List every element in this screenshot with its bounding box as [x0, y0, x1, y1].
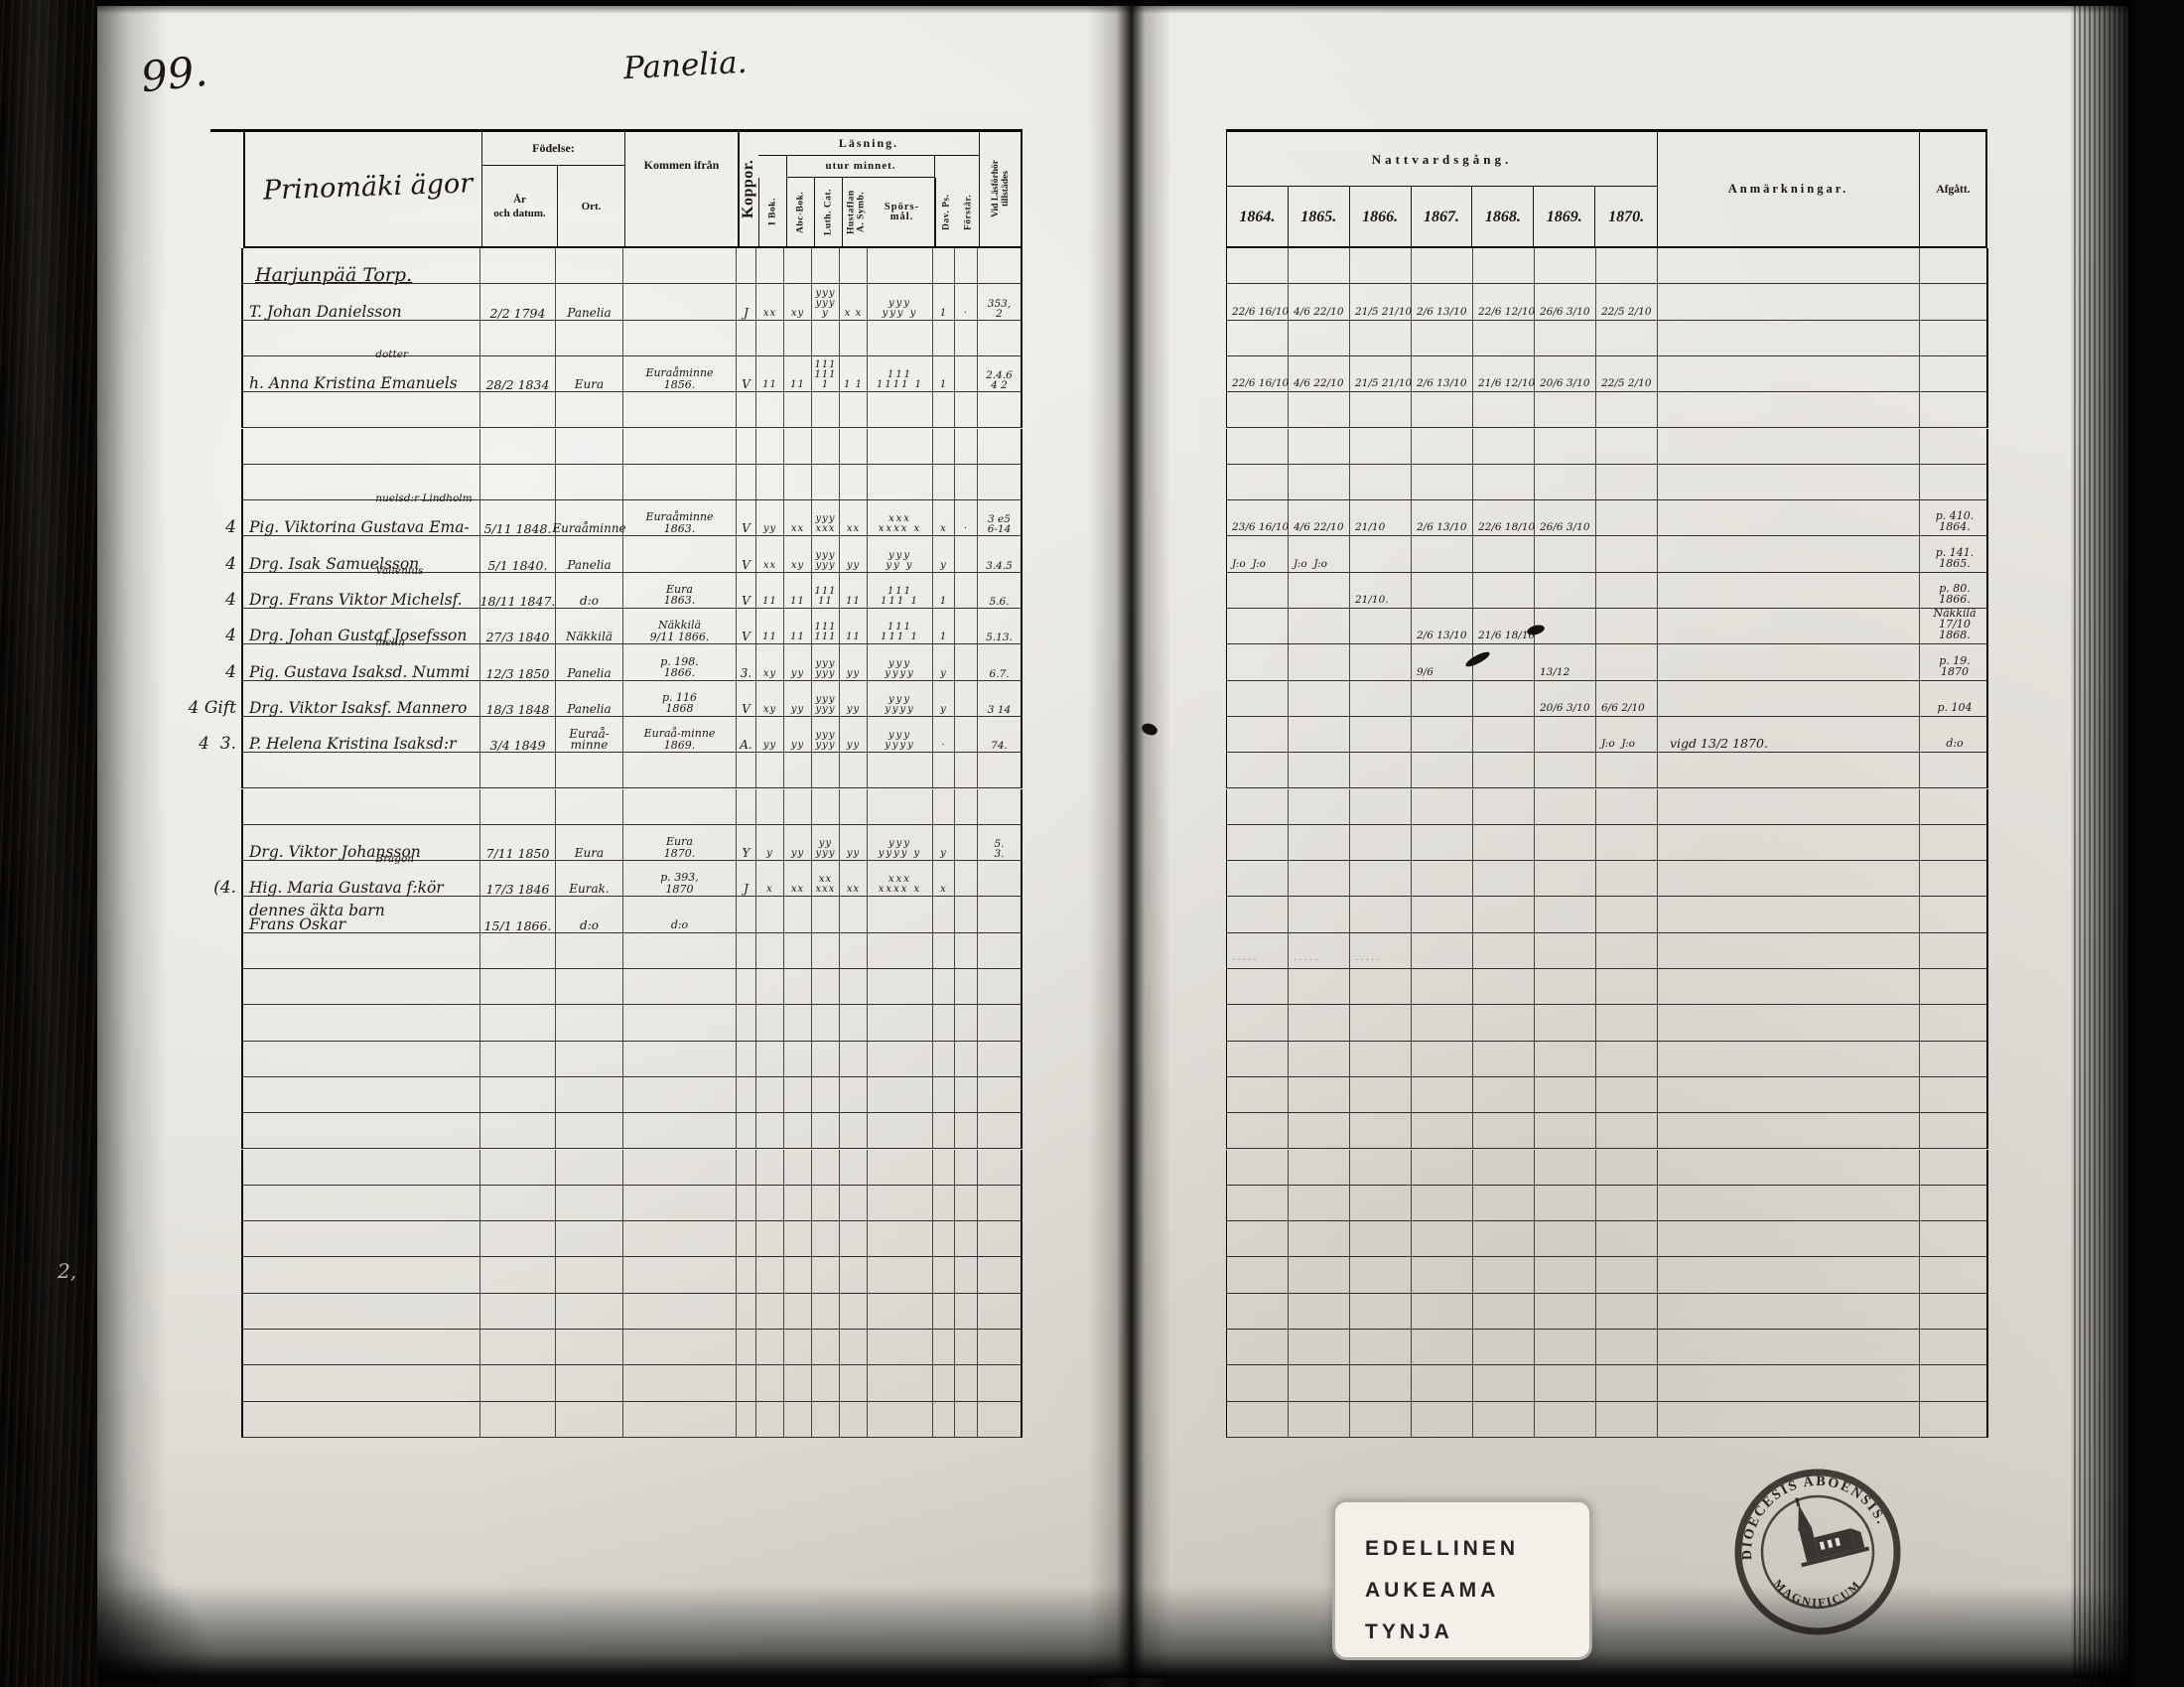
cell-y0: [1227, 1330, 1289, 1365]
person-name: Pig. Viktorina Gustava Ema-: [249, 520, 470, 534]
cell-abc: [784, 1402, 812, 1438]
cell-hust: [840, 465, 868, 500]
cell-y2: [1350, 861, 1412, 897]
person-name: Drg. Johan Gustaf Josefsson: [249, 629, 467, 642]
cell-luth: [812, 753, 840, 788]
table-row: [1226, 1186, 1988, 1221]
psalms-header: Dav. Ps.: [935, 178, 957, 246]
cell-born: [480, 1294, 556, 1330]
cell-forst: [955, 1221, 978, 1257]
cell-y3: [1412, 1042, 1473, 1077]
cell-luth: yyy yyy: [812, 536, 840, 572]
cell-y2: [1350, 969, 1412, 1005]
cell-forst: [955, 681, 978, 717]
cell-y1: [1289, 1113, 1350, 1149]
cell-dav: [933, 1042, 955, 1077]
cell-ort: Eura: [556, 825, 623, 861]
table-row: [149, 1330, 1023, 1365]
cell-y5: [1535, 1042, 1596, 1077]
cell-y4: [1473, 861, 1535, 897]
cell-y6: [1596, 573, 1658, 609]
cell-y1: [1289, 717, 1350, 753]
person-name: h. Anna Kristina Emanuels: [249, 376, 458, 390]
cell-y6: [1596, 933, 1658, 969]
cell-y3: [1412, 248, 1473, 284]
cell-kommen: [623, 1257, 737, 1293]
cell-m: [149, 1042, 243, 1077]
table-row: [149, 789, 1023, 825]
cell-afgatt: [1920, 284, 1988, 320]
cell-born: [480, 392, 556, 428]
cell-spors: [868, 1077, 933, 1113]
cell-hust: [840, 429, 868, 465]
cell-y5: [1535, 465, 1596, 500]
cell-forst: [955, 1402, 978, 1438]
cell-y5: [1535, 1113, 1596, 1149]
cell-hust: [840, 969, 868, 1005]
cell-y6: [1596, 429, 1658, 465]
year-header: 1870.: [1595, 187, 1657, 247]
cell-kommen: Eura 1863.: [623, 573, 737, 609]
cell-name: [243, 1186, 480, 1221]
abc-book-header: Abc-Bok.: [786, 178, 814, 246]
cell-anm: [1658, 1365, 1920, 1401]
cell-forst: [955, 1113, 978, 1149]
cell-y4: [1473, 1330, 1535, 1365]
cell-dav: [933, 1113, 955, 1149]
cell-forst: [955, 1150, 978, 1186]
cell-spors: [868, 248, 933, 284]
cell-y6: [1596, 1365, 1658, 1401]
cell-y4: [1473, 429, 1535, 465]
cell-vidlas: [978, 1330, 1023, 1365]
cell-hust: [840, 1330, 868, 1365]
cell-name: [243, 1077, 480, 1113]
cell-y3: [1412, 1402, 1473, 1438]
cell-hust: [840, 321, 868, 356]
cell-y4: [1473, 1042, 1535, 1077]
cell-anm: [1658, 681, 1920, 717]
table-row: [1226, 789, 1988, 825]
cell-anm: [1658, 1221, 1920, 1257]
cell-forst: [955, 429, 978, 465]
cell-y3: 2/6 13/10: [1412, 609, 1473, 644]
cell-koppor: [737, 429, 756, 465]
cell-forst: ·: [955, 500, 978, 536]
cell-born: 28/2 1834: [480, 356, 556, 392]
cell-y0: [1227, 1257, 1289, 1293]
cell-afgatt: Näkkilä 17/10 1868.: [1920, 609, 1988, 644]
cell-ibok: xx: [756, 536, 784, 572]
cell-y5: [1535, 248, 1596, 284]
cell-afgatt: [1920, 356, 1988, 392]
cell-kommen: [623, 284, 737, 320]
cell-born: [480, 1042, 556, 1077]
cell-luth: [812, 321, 840, 356]
cell-spors: [868, 969, 933, 1005]
cell-hust: [840, 1042, 868, 1077]
cell-koppor: [737, 897, 756, 932]
name-superscript: nuelsd:r Lindholm: [375, 492, 472, 505]
table-row: [1226, 429, 1988, 465]
cell-y4: [1473, 644, 1535, 680]
cell-y1: [1289, 1221, 1350, 1257]
cell-dav: [933, 1330, 955, 1365]
table-row: [1226, 1005, 1988, 1041]
cell-spors: 111 111 1: [868, 609, 933, 644]
cell-forst: [955, 789, 978, 825]
label-line: EDELLINEN: [1365, 1528, 1589, 1570]
cell-y4: [1473, 536, 1535, 572]
cell-born: [480, 1005, 556, 1041]
year-header: 1865.: [1289, 187, 1350, 247]
table-row: [1226, 753, 1988, 788]
cell-y3: [1412, 933, 1473, 969]
cell-abc: [784, 1077, 812, 1113]
cell-y3: [1412, 1330, 1473, 1365]
cell-vidlas: [978, 1042, 1023, 1077]
cell-afgatt: [1920, 789, 1988, 825]
cell-ibok: [756, 1005, 784, 1041]
cell-luth: [812, 1005, 840, 1041]
cell-spors: [868, 753, 933, 788]
cell-born: [480, 1330, 556, 1365]
cell-koppor: V: [737, 681, 756, 717]
cell-y5: [1535, 1221, 1596, 1257]
table-row: [149, 1294, 1023, 1330]
attendance-header: Vid Läsförhör tillstädes: [980, 132, 1022, 246]
cell-y2: [1350, 321, 1412, 356]
cell-y4: [1473, 1221, 1535, 1257]
cell-afgatt: p. 141. 1865.: [1920, 536, 1988, 572]
person-name: Pig. Gustava Isaksd. Nummi: [249, 665, 470, 679]
cell-hust: [840, 789, 868, 825]
cell-y2: [1350, 717, 1412, 753]
cell-name: [243, 1042, 480, 1077]
cell-vidlas: [978, 248, 1023, 284]
cell-luth: [812, 1150, 840, 1186]
name-superscript: melin: [375, 635, 405, 649]
cell-abc: 11: [784, 609, 812, 644]
cell-y1: [1289, 753, 1350, 788]
cell-hust: [840, 753, 868, 788]
cell-m: [149, 933, 243, 969]
cell-y0: [1227, 789, 1289, 825]
cell-y1: ·····: [1289, 933, 1350, 969]
cell-y5: [1535, 1077, 1596, 1113]
cell-dav: 1: [933, 573, 955, 609]
cell-afgatt: [1920, 248, 1988, 284]
cell-m: [149, 1150, 243, 1186]
cell-ibok: xx: [756, 284, 784, 320]
cell-abc: [784, 933, 812, 969]
cell-m: [149, 1186, 243, 1221]
cell-name: [243, 1005, 480, 1041]
table-row: [1226, 825, 1988, 861]
cell-ibok: x: [756, 861, 784, 897]
cell-name: [243, 933, 480, 969]
cell-ibok: xy: [756, 644, 784, 680]
cell-born: [480, 969, 556, 1005]
cell-abc: xx: [784, 500, 812, 536]
cell-vidlas: [978, 1365, 1023, 1401]
cell-name: dennes äkta barn Frans Oskar: [243, 897, 480, 932]
cell-koppor: V: [737, 500, 756, 536]
cell-koppor: [737, 1294, 756, 1330]
cell-afgatt: [1920, 1402, 1988, 1438]
cell-dav: [933, 789, 955, 825]
cell-born: [480, 1077, 556, 1113]
cell-y3: [1412, 1186, 1473, 1221]
cell-y4: [1473, 392, 1535, 428]
cell-m: 4: [149, 500, 243, 536]
table-row: 9/613/12p. 19. 1870: [1226, 644, 1988, 680]
table-row: [149, 1365, 1023, 1401]
cell-kommen: [623, 753, 737, 788]
cell-y2: [1350, 392, 1412, 428]
cell-spors: [868, 1221, 933, 1257]
cell-y2: [1350, 1005, 1412, 1041]
cell-kommen: Eura 1870.: [623, 825, 737, 861]
cell-kommen: p. 393, 1870: [623, 861, 737, 897]
table-row: 4 3.P. Helena Kristina Isaksd:r3/4 1849E…: [149, 717, 1023, 753]
cell-abc: [784, 321, 812, 356]
name-superscript: Vallenius: [375, 564, 423, 578]
top-vignette: [97, 0, 2128, 14]
cell-koppor: [737, 1042, 756, 1077]
cell-koppor: [737, 1402, 756, 1438]
person-name: P. Helena Kristina Isaksd:r: [249, 737, 457, 751]
cell-forst: [955, 1005, 978, 1041]
cell-y3: [1412, 1257, 1473, 1293]
cell-y5: [1535, 717, 1596, 753]
cell-y3: [1412, 825, 1473, 861]
cell-spors: [868, 392, 933, 428]
cell-hust: yy: [840, 825, 868, 861]
person-name: Hig. Maria Gustava f:kör: [249, 881, 444, 895]
cell-spors: [868, 1294, 933, 1330]
cell-vidlas: [978, 1186, 1023, 1221]
cell-forst: [955, 897, 978, 932]
cell-y3: [1412, 1294, 1473, 1330]
cell-ort: [556, 1402, 623, 1438]
cell-born: [480, 321, 556, 356]
year-header-row: 1864.1865.1866.1867.1868.1869.1870.: [1227, 187, 1657, 247]
cell-m: [149, 1365, 243, 1401]
cell-abc: [784, 1005, 812, 1041]
cell-kommen: [623, 321, 737, 356]
cell-dav: x: [933, 500, 955, 536]
cell-born: [480, 1150, 556, 1186]
reading-group-label: Läsning.: [758, 132, 979, 156]
cell-y1: [1289, 861, 1350, 897]
understands-header: Förstår.: [957, 178, 980, 246]
cell-y6: [1596, 1257, 1658, 1293]
cell-ort: [556, 1077, 623, 1113]
cell-y5: [1535, 789, 1596, 825]
cell-y5: [1535, 969, 1596, 1005]
cell-anm: [1658, 1186, 1920, 1221]
cell-y5: [1535, 536, 1596, 572]
cell-y3: 9/6: [1412, 644, 1473, 680]
cell-ibok: [756, 392, 784, 428]
cell-vidlas: 3 e5 6-14: [978, 500, 1023, 536]
cell-abc: [784, 392, 812, 428]
cell-y6: [1596, 1077, 1658, 1113]
birth-group-label: Födelse:: [482, 132, 624, 166]
cell-y1: [1289, 1150, 1350, 1186]
cell-y2: 21/10: [1350, 500, 1412, 536]
cell-vidlas: [978, 1221, 1023, 1257]
cell-ibok: 11: [756, 356, 784, 392]
cell-spors: [868, 1365, 933, 1401]
table-row: [1226, 1294, 1988, 1330]
cell-y0: J:o J:o: [1227, 536, 1289, 572]
cell-y5: [1535, 1150, 1596, 1186]
cell-afgatt: [1920, 1330, 1988, 1365]
cell-y4: [1473, 681, 1535, 717]
cell-m: (4.: [149, 861, 243, 897]
cell-y6: [1596, 1005, 1658, 1041]
cell-y0: [1227, 717, 1289, 753]
cell-y5: [1535, 321, 1596, 356]
cell-dav: [933, 897, 955, 932]
label-line: AUKEAMA: [1365, 1570, 1589, 1612]
cell-afgatt: [1920, 1042, 1988, 1077]
cell-ibok: [756, 789, 784, 825]
cell-m: [149, 248, 243, 284]
cell-vidlas: [978, 1113, 1023, 1149]
cell-y5: 20/6 3/10: [1535, 681, 1596, 717]
cell-y1: [1289, 1402, 1350, 1438]
cell-name: [243, 429, 480, 465]
cell-anm: [1658, 897, 1920, 932]
cell-anm: [1658, 392, 1920, 428]
cell-afgatt: [1920, 1221, 1988, 1257]
cell-vidlas: [978, 789, 1023, 825]
cell-spors: [868, 1113, 933, 1149]
cell-vidlas: [978, 1257, 1023, 1293]
cell-ibok: [756, 1150, 784, 1186]
cell-y0: [1227, 465, 1289, 500]
cell-koppor: [737, 1150, 756, 1186]
cell-dav: 1: [933, 609, 955, 644]
cell-spors: [868, 1330, 933, 1365]
cell-anm: [1658, 969, 1920, 1005]
cell-m: [149, 753, 243, 788]
cell-y4: [1473, 753, 1535, 788]
cell-y2: [1350, 1257, 1412, 1293]
cell-y0: [1227, 1365, 1289, 1401]
cell-forst: [955, 1365, 978, 1401]
table-row: [1226, 1042, 1988, 1077]
cell-kommen: [623, 1150, 737, 1186]
cell-y3: [1412, 717, 1473, 753]
cell-dav: y: [933, 825, 955, 861]
cell-spors: [868, 933, 933, 969]
cell-anm: [1658, 933, 1920, 969]
cell-y2: ·····: [1350, 933, 1412, 969]
cell-y0: [1227, 753, 1289, 788]
label-line: TYNJA: [1365, 1612, 1589, 1653]
cell-luth: yyy yyy: [812, 681, 840, 717]
cell-y2: [1350, 681, 1412, 717]
cell-name: Pig. Viktorina Gustava Ema-nuelsd:r Lind…: [243, 500, 480, 536]
cell-name: T. Johan Danielsson: [243, 284, 480, 320]
estate-name: Prinomäki ägor: [263, 168, 474, 206]
table-row: Drg. Viktor Johansson7/11 1850EuraEura 1…: [149, 825, 1023, 861]
cell-afgatt: [1920, 321, 1988, 356]
cell-kommen: [623, 248, 737, 284]
cell-y1: J:o J:o: [1289, 536, 1350, 572]
cell-forst: [955, 465, 978, 500]
cell-afgatt: p. 80. 1866.: [1920, 573, 1988, 609]
cell-y4: [1473, 321, 1535, 356]
cell-ort: Eura: [556, 356, 623, 392]
cell-kommen: [623, 1294, 737, 1330]
cell-y1: [1289, 465, 1350, 500]
cell-y6: 22/5 2/10: [1596, 356, 1658, 392]
cell-anm: vigd 13/2 1870.: [1658, 717, 1920, 753]
cell-y3: [1412, 392, 1473, 428]
header-rule-extension: [210, 129, 244, 132]
table-row: 20/6 3/106/6 2/10p. 104: [1226, 681, 1988, 717]
cell-afgatt: [1920, 969, 1988, 1005]
cell-y0: [1227, 321, 1289, 356]
cell-y6: [1596, 897, 1658, 932]
cell-born: 18/3 1848: [480, 681, 556, 717]
cell-luth: [812, 1113, 840, 1149]
cell-y2: [1350, 789, 1412, 825]
cell-dav: [933, 1402, 955, 1438]
cell-spors: xxx xxxx x: [868, 500, 933, 536]
cell-born: [480, 1257, 556, 1293]
cell-abc: [784, 1042, 812, 1077]
cell-name: [243, 1221, 480, 1257]
cell-y2: 21/10.: [1350, 573, 1412, 609]
cell-y3: [1412, 861, 1473, 897]
cell-y4: [1473, 789, 1535, 825]
cell-kommen: Euraå-minne 1869.: [623, 717, 737, 753]
cell-ibok: [756, 897, 784, 932]
cell-hust: [840, 248, 868, 284]
cell-y4: [1473, 1294, 1535, 1330]
cell-kommen: [623, 392, 737, 428]
cell-ibok: [756, 1186, 784, 1221]
questions-header: Spörs- mål.: [870, 178, 935, 246]
cell-name: [243, 1294, 480, 1330]
cell-y0: [1227, 248, 1289, 284]
cell-dav: 1: [933, 284, 955, 320]
cell-luth: [812, 897, 840, 932]
cell-ort: [556, 1005, 623, 1041]
cell-afgatt: [1920, 465, 1988, 500]
cell-ibok: [756, 1402, 784, 1438]
cell-forst: [955, 753, 978, 788]
cell-y3: [1412, 681, 1473, 717]
cell-vidlas: 353, 2: [978, 284, 1023, 320]
cell-m: [149, 1257, 243, 1293]
cell-abc: yy: [784, 717, 812, 753]
cell-abc: [784, 1257, 812, 1293]
cell-m: [149, 1077, 243, 1113]
cell-vidlas: [978, 1402, 1023, 1438]
cell-ort: Panelia: [556, 644, 623, 680]
cell-ort: [556, 969, 623, 1005]
cell-name: [243, 1257, 480, 1293]
stray-margin-mark: 2,: [58, 1259, 76, 1283]
cell-y2: [1350, 644, 1412, 680]
